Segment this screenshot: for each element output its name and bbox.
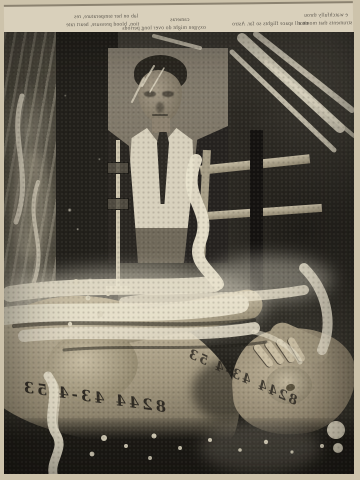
scientist-eye-right	[162, 91, 174, 97]
bottom-glow	[200, 422, 320, 474]
newsprint-text: e watchfully throu	[304, 12, 348, 18]
light-paint-patch	[10, 150, 50, 260]
scientist-nose-shadow	[156, 102, 164, 113]
newsprint-text: oxygen might do over long periods	[122, 25, 206, 32]
lab-stand-clamp	[107, 162, 129, 174]
scientist-mouth	[152, 114, 168, 116]
artwork-photo: lab on her temperature, res tion, blood …	[0, 0, 360, 480]
newsprint-text: cameras	[170, 17, 189, 23]
lab-stand-clamp	[107, 198, 129, 210]
scientist-neck	[152, 118, 170, 133]
scientist-eye-left	[144, 91, 156, 97]
newsprint-text: struments that monitor	[298, 20, 352, 27]
newsprint-text: lab on her temperature, res	[74, 13, 138, 20]
newsprint-strip: lab on her temperature, res tion, blood …	[4, 1, 353, 36]
newsprint-text: on all space flights so far. Astro	[232, 21, 308, 28]
collage-panel: 8244 43-4 53 8244 43-4 53	[4, 32, 354, 474]
